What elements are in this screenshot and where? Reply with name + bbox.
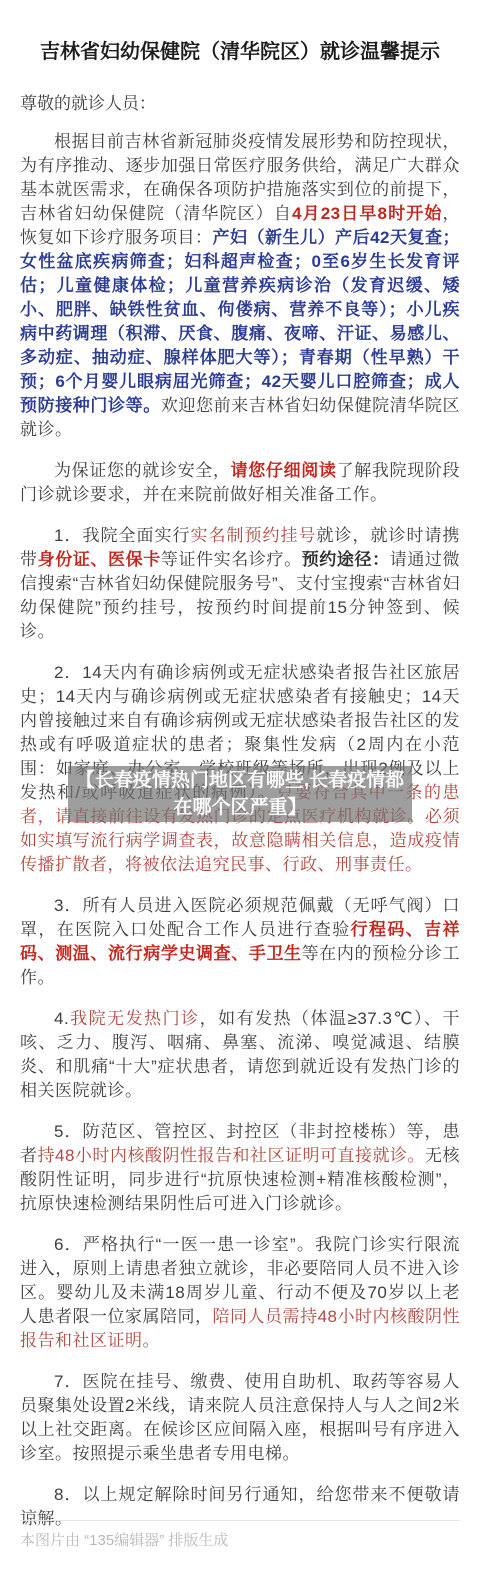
footer-credit: 本图片由 “135编辑器” 排版生成	[20, 1531, 460, 1551]
text-segment: 7．医院在挂号、缴费、使用自助机、取药等容易人员聚集处设置2米线，请来院人员注意…	[20, 1372, 460, 1463]
text-segment: 4月23日早8时开始	[292, 204, 443, 223]
text-segment: 1．我院全面实行	[54, 526, 190, 545]
text-segment: 等证件实名诊疗。	[161, 550, 302, 569]
text-segment: 为保证您的就诊安全，	[54, 461, 231, 480]
paragraph: 根据目前吉林省新冠肺炎疫情发展形势和防控现状，为有序推动、逐步加强日常医疗服务供…	[20, 130, 460, 442]
text-segment: 产妇（新生儿）产后42天复查；女性盆底疾病筛查；妇科超声检查；0至6岁生长发育评…	[20, 228, 460, 415]
text-segment: 4.	[54, 1009, 69, 1028]
paragraph: 5．防范区、管控区、封控区（非封控楼栋）等，患者持48小时内核酸阴性报告和社区证…	[20, 1120, 460, 1216]
paragraph: 1．我院全面实行实名制预约挂号就诊，就诊时请携带身份证、医保卡等证件实名诊疗。预…	[20, 524, 460, 644]
paragraph: 6．严格执行“一医一患一诊室”。我院门诊实行限流进入，原则上请患者独立就诊，非必…	[20, 1233, 460, 1353]
text-segment: 请您仔细阅读	[231, 461, 337, 480]
text-segment: 持48小时内核酸阴性报告和社区证明可直接就诊。	[38, 1146, 425, 1165]
greeting: 尊敬的就诊人员：	[20, 92, 460, 116]
paragraph: 3．所有人员进入医院必须规范佩戴（无呼气阀）口罩，在医院入口处配合工作人员进行查…	[20, 894, 460, 990]
notice-body: 根据目前吉林省新冠肺炎疫情发展形势和防控现状，为有序推动、逐步加强日常医疗服务供…	[20, 130, 460, 1531]
footer: 本图片由 “135编辑器” 排版生成	[20, 1520, 460, 1551]
paragraph: 7．医院在挂号、缴费、使用自助机、取药等容易人员聚集处设置2米线，请来院人员注意…	[20, 1370, 460, 1466]
notice-page: 吉林省妇幼保健院（清华院区）就诊温馨提示 尊敬的就诊人员： 根据目前吉林省新冠肺…	[0, 0, 480, 1582]
text-segment: 身份证、医保卡	[38, 550, 161, 569]
watermark-overlay: 【长春疫情热门地区有哪些,长春疫情都在哪个区严重】	[68, 766, 412, 822]
text-segment: 我院无发热门诊	[69, 1009, 199, 1028]
text-segment: 实名制预约挂号	[190, 526, 316, 545]
paragraph: 4.我院无发热门诊，如有发热（体温≥37.3℃）、干咳、乏力、腹泻、咽痛、鼻塞、…	[20, 1007, 460, 1103]
watermark-text: 【长春疫情热门地区有哪些,长春疫情都在哪个区严重】	[76, 770, 404, 818]
text-segment: 预约途径：	[302, 550, 390, 569]
page-title: 吉林省妇幼保健院（清华院区）就诊温馨提示	[20, 38, 460, 66]
paragraph: 为保证您的就诊安全，请您仔细阅读了解我院现阶段门诊就诊要求，并在来院前做好相关准…	[20, 459, 460, 507]
